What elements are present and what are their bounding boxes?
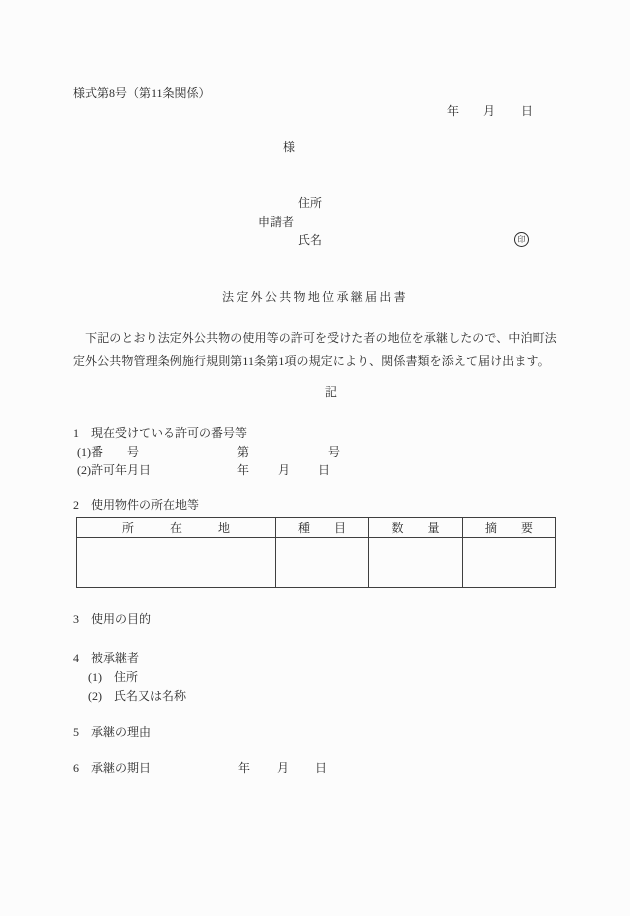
section6-day-label: 日 xyxy=(315,762,327,776)
section6-month-label: 月 xyxy=(277,762,289,776)
applicant-address-label: 住所 xyxy=(298,197,322,211)
seal-icon: 印 xyxy=(514,232,529,247)
section1-permitdate-label: (2)許可年月日 xyxy=(77,464,151,478)
col-header-remarks: 摘 要 xyxy=(463,518,556,538)
section1-heading: 1 現在受けている許可の番号等 xyxy=(73,427,247,441)
section4-item-address: (1) 住所 xyxy=(88,671,138,685)
col-header-quantity: 数 量 xyxy=(369,518,463,538)
section5-heading: 5 承継の理由 xyxy=(73,726,151,740)
form-number: 様式第8号（第11条関係） xyxy=(73,87,211,101)
body-paragraph-line2: 定外公共物管理条例施行規則第11条第1項の規定により、関係書類を添えて届け出ます… xyxy=(73,355,563,369)
section1-permitdate-year: 年 xyxy=(237,464,249,478)
cell-quantity-blank xyxy=(369,538,463,588)
applicant-role-label: 申請者 xyxy=(258,216,294,230)
property-table: 所 在 地 種 目 数 量 摘 要 xyxy=(76,517,556,588)
section1-number-prefix: 第 xyxy=(237,446,249,460)
section4-item-name: (2) 氏名又は名称 xyxy=(88,690,186,704)
section1-permitdate-day: 日 xyxy=(318,464,330,478)
addressee-honorific: 様 xyxy=(283,141,295,155)
document-page: 様式第8号（第11条関係） 年 月 日 様 住所 申請者 氏名 印 法定外公共物… xyxy=(0,0,630,916)
section6-year-label: 年 xyxy=(238,762,250,776)
section3-heading: 3 使用の目的 xyxy=(73,613,151,627)
date-year-label: 年 xyxy=(447,105,459,119)
section2-heading: 2 使用物件の所在地等 xyxy=(73,499,199,513)
col-header-location: 所 在 地 xyxy=(77,518,276,538)
cell-location-blank xyxy=(77,538,276,588)
body-paragraph-line1: 下記のとおり法定外公共物の使用等の許可を受けた者の地位を承継したので、中泊町法 xyxy=(73,332,563,346)
cell-category-blank xyxy=(276,538,369,588)
table-row xyxy=(77,538,556,588)
table-header-row: 所 在 地 種 目 数 量 摘 要 xyxy=(77,518,556,538)
col-header-category: 種 目 xyxy=(276,518,369,538)
date-month-label: 月 xyxy=(483,105,495,119)
cell-remarks-blank xyxy=(463,538,556,588)
section4-heading: 4 被承継者 xyxy=(73,652,139,666)
page-title: 法定外公共物地位承継届出書 xyxy=(0,291,630,305)
date-day-label: 日 xyxy=(521,105,533,119)
applicant-name-label: 氏名 xyxy=(298,234,322,248)
record-marker: 記 xyxy=(325,386,337,400)
section1-number-suffix: 号 xyxy=(328,446,340,460)
section6-heading: 6 承継の期日 xyxy=(73,762,151,776)
section1-number-label: (1)番 号 xyxy=(77,446,139,460)
section1-permitdate-month: 月 xyxy=(278,464,290,478)
